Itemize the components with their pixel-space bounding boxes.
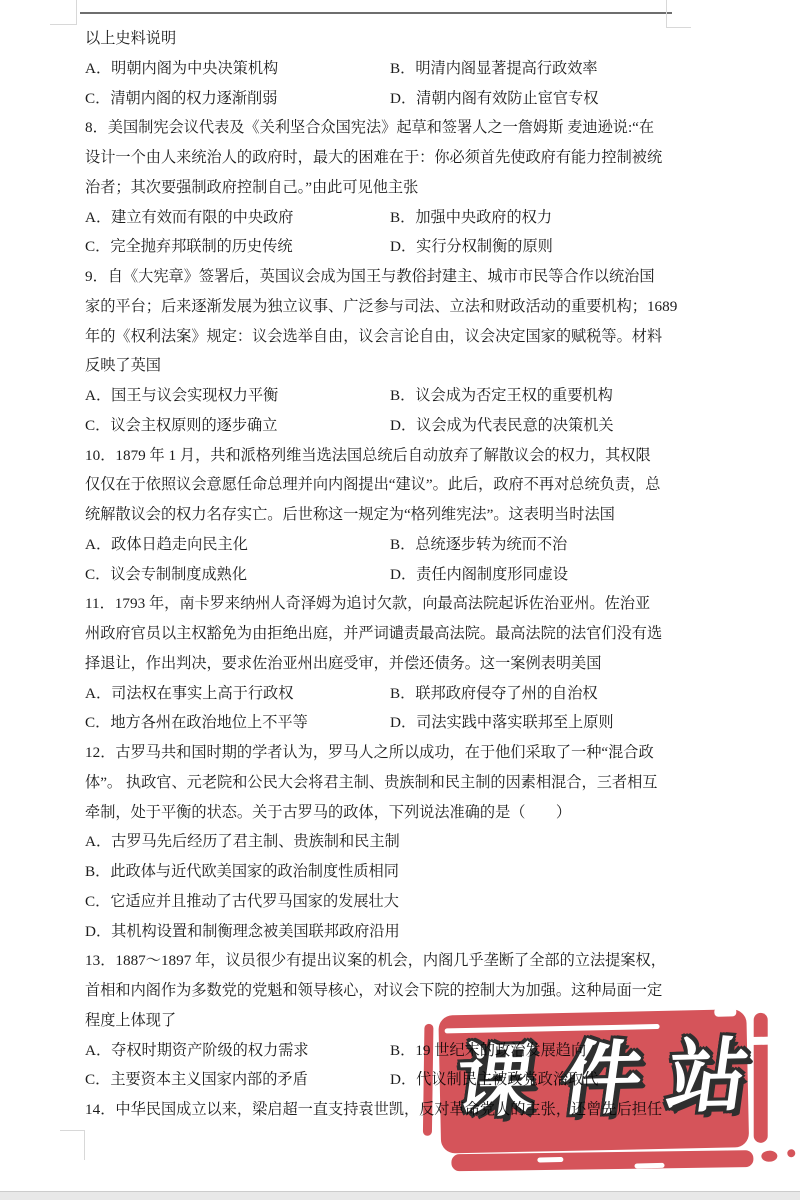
stamp-texture-notch bbox=[714, 1007, 736, 1016]
table-bottom-border bbox=[80, 12, 672, 14]
text-line: C．完全抛弃邦联制的历史传统D．实行分权制衡的原则 bbox=[85, 232, 685, 262]
stamp-edge-break bbox=[751, 1037, 769, 1045]
text-line: 统解散议会的权力名存实亡。后世称这一规定为“格列维宪法”。这表明当时法国 bbox=[85, 500, 685, 530]
text-line: 12．古罗马共和国时期的学者认为，罗马人之所以成功，在于他们采取了一种“混合政 bbox=[85, 738, 685, 768]
question-option: A．国王与议会实现权力平衡 bbox=[85, 387, 278, 404]
text-line: 10．1879 年 1 月，共和派格列维当选法国总统后自动放弃了解散议会的权力，… bbox=[85, 441, 685, 471]
question-option: D．实行分权制衡的原则 bbox=[390, 232, 553, 262]
stamp-ink-dot bbox=[761, 1151, 777, 1162]
text-line: 年的《权利法案》规定：议会选举自由，议会言论自由，议会决定国家的赋税等。材料 bbox=[85, 322, 685, 352]
stamp-ink-dot bbox=[787, 1149, 795, 1157]
text-line: A．明朝内阁为中央决策机构B．明清内阁显著提高行政效率 bbox=[85, 54, 685, 84]
text-line: A．建立有效而有限的中央政府B．加强中央政府的权力 bbox=[85, 203, 685, 233]
text-line: A．司法权在事实上高于行政权B．联邦政府侵夺了州的自治权 bbox=[85, 679, 685, 709]
question-option: D．责任内阁制度形同虚设 bbox=[390, 560, 568, 590]
question-option: C．清朝内阁的权力逐渐削弱 bbox=[85, 90, 277, 107]
text-line: B．此政体与近代欧美国家的政治制度性质相同 bbox=[85, 857, 685, 887]
text-line: A．夺权时期资产阶级的权力需求B．19 世纪末的政治发展趋向 bbox=[85, 1036, 685, 1066]
text-line: 家的平台；后来逐渐发展为独立议事、广泛参与司法、立法和财政活动的重要机构；168… bbox=[85, 292, 685, 322]
text-line: 程度上体现了 bbox=[85, 1006, 685, 1036]
text-line: C．议会主权原则的逐步确立D．议会成为代表民意的决策机关 bbox=[85, 411, 685, 441]
stamp-right-edge bbox=[754, 1013, 768, 1143]
text-line: 14．中华民国成立以来，梁启超一直支持袁世凯，反对革命党人的主张，还曾先后担任 bbox=[85, 1095, 685, 1125]
margin-crop-mark-top-left-h bbox=[50, 24, 77, 25]
stamp-streak-gap bbox=[537, 1157, 563, 1163]
margin-crop-mark-bottom-left-h bbox=[60, 1130, 85, 1131]
margin-crop-mark-top-right-v bbox=[666, 0, 667, 27]
question-option: A．建立有效而有限的中央政府 bbox=[85, 209, 293, 226]
text-line: 设计一个由人来统治人的政府时，最大的困难在于：你必须首先使政府有能力控制被统 bbox=[85, 143, 685, 173]
question-option: C．议会主权原则的逐步确立 bbox=[85, 417, 277, 434]
question-option: A．夺权时期资产阶级的权力需求 bbox=[85, 1042, 309, 1059]
question-option: C．议会专制制度成熟化 bbox=[85, 566, 247, 583]
text-line: 11．1793 年，南卡罗来纳州人奇泽姆为追讨欠款，向最高法院起诉佐治亚州。佐治… bbox=[85, 589, 685, 619]
text-line: 体”。 执政官、元老院和公民大会将君主制、贵族制和民主制的因素相混合，三者相互 bbox=[85, 768, 685, 798]
question-option: A．明朝内阁为中央决策机构 bbox=[85, 60, 278, 77]
question-option: D．清朝内阁有效防止宦官专权 bbox=[390, 84, 598, 114]
question-option: C．主要资本主义国家内部的矛盾 bbox=[85, 1071, 308, 1088]
text-line: C．议会专制制度成熟化D．责任内阁制度形同虚设 bbox=[85, 560, 685, 590]
text-line: 州政府官员以主权豁免为由拒绝出庭，并严词谴责最高法院。最高法院的法官们没有选 bbox=[85, 619, 685, 649]
text-line: 仅仅在于依照议会意愿任命总理并向内阁提出“建议”。此后，政府不再对总统负责，总 bbox=[85, 470, 685, 500]
text-line: 13．1887～1897 年，议员很少有提出议案的机会，内阁几乎垄断了全部的立法… bbox=[85, 946, 685, 976]
text-line: 择退让，作出判决，要求佐治亚州出庭受审，并偿还债务。这一案例表明美国 bbox=[85, 649, 685, 679]
text-line: C．地方各州在政治地位上不平等D．司法实践中落实联邦至上原则 bbox=[85, 708, 685, 738]
text-line: D．其机构设置和制衡理念被美国联邦政府沿用 bbox=[85, 917, 685, 947]
text-line: 8．美国制宪会议代表及《关利坚合众国宪法》起草和签署人之一詹姆斯 麦迪逊说:“在 bbox=[85, 113, 685, 143]
question-option: D．司法实践中落实联邦至上原则 bbox=[390, 708, 614, 738]
stamp-bottom-streak bbox=[451, 1150, 753, 1171]
exam-page: { "document": { "lines": [ {"type":"full… bbox=[0, 0, 800, 1200]
question-option: A．司法权在事实上高于行政权 bbox=[85, 685, 293, 702]
text-line: 牵制，处于平衡的状态。关于古罗马的政体，下列说法准确的是（ ） bbox=[85, 798, 685, 828]
text-line: A．政体日趋走向民主化B．总统逐步转为统而不治 bbox=[85, 530, 685, 560]
question-option: D．议会成为代表民意的决策机关 bbox=[390, 411, 614, 441]
text-line: 以上史料说明 bbox=[85, 24, 685, 54]
question-option: C．完全抛弃邦联制的历史传统 bbox=[85, 238, 293, 255]
text-line: C．清朝内阁的权力逐渐削弱D．清朝内阁有效防止宦官专权 bbox=[85, 84, 685, 114]
question-option: A．政体日趋走向民主化 bbox=[85, 536, 248, 553]
question-option: C．地方各州在政治地位上不平等 bbox=[85, 714, 308, 731]
question-option: B．加强中央政府的权力 bbox=[390, 203, 552, 233]
text-line: A．古罗马先后经历了君主制、贵族制和民主制 bbox=[85, 827, 685, 857]
question-option: B．议会成为否定王权的重要机构 bbox=[390, 381, 613, 411]
margin-crop-mark-bottom-left-v bbox=[84, 1130, 85, 1160]
margin-crop-mark-top-left-v bbox=[76, 0, 77, 25]
text-line: 首相和内阁作为多数党的党魁和领导核心，对议会下院的控制大为加强。这种局面一定 bbox=[85, 976, 685, 1006]
text-line: C．主要资本主义国家内部的矛盾D．代议制民主被政党政治取代 bbox=[85, 1065, 685, 1095]
question-option: B．联邦政府侵夺了州的自治权 bbox=[390, 679, 598, 709]
question-option: B．明清内阁显著提高行政效率 bbox=[390, 54, 598, 84]
question-option: D．代议制民主被政党政治取代 bbox=[390, 1065, 598, 1095]
text-line: 治者；其次要强制政府控制自己。”由此可见他主张 bbox=[85, 173, 685, 203]
exam-text-body: 以上史料说明A．明朝内阁为中央决策机构B．明清内阁显著提高行政效率C．清朝内阁的… bbox=[85, 24, 685, 1125]
text-line: A．国王与议会实现权力平衡B．议会成为否定王权的重要机构 bbox=[85, 381, 685, 411]
stamp-streak-gap bbox=[634, 1163, 664, 1169]
text-line: 反映了英国 bbox=[85, 351, 685, 381]
question-option: B．19 世纪末的政治发展趋向 bbox=[390, 1036, 586, 1066]
page-gap bbox=[0, 1191, 800, 1200]
question-option: B．总统逐步转为统而不治 bbox=[390, 530, 567, 560]
text-line: 9．自《大宪章》签署后，英国议会成为国王与教俗封建主、城市市民等合作以统治国 bbox=[85, 262, 685, 292]
text-line: C．它适应并且推动了古代罗马国家的发展壮大 bbox=[85, 887, 685, 917]
